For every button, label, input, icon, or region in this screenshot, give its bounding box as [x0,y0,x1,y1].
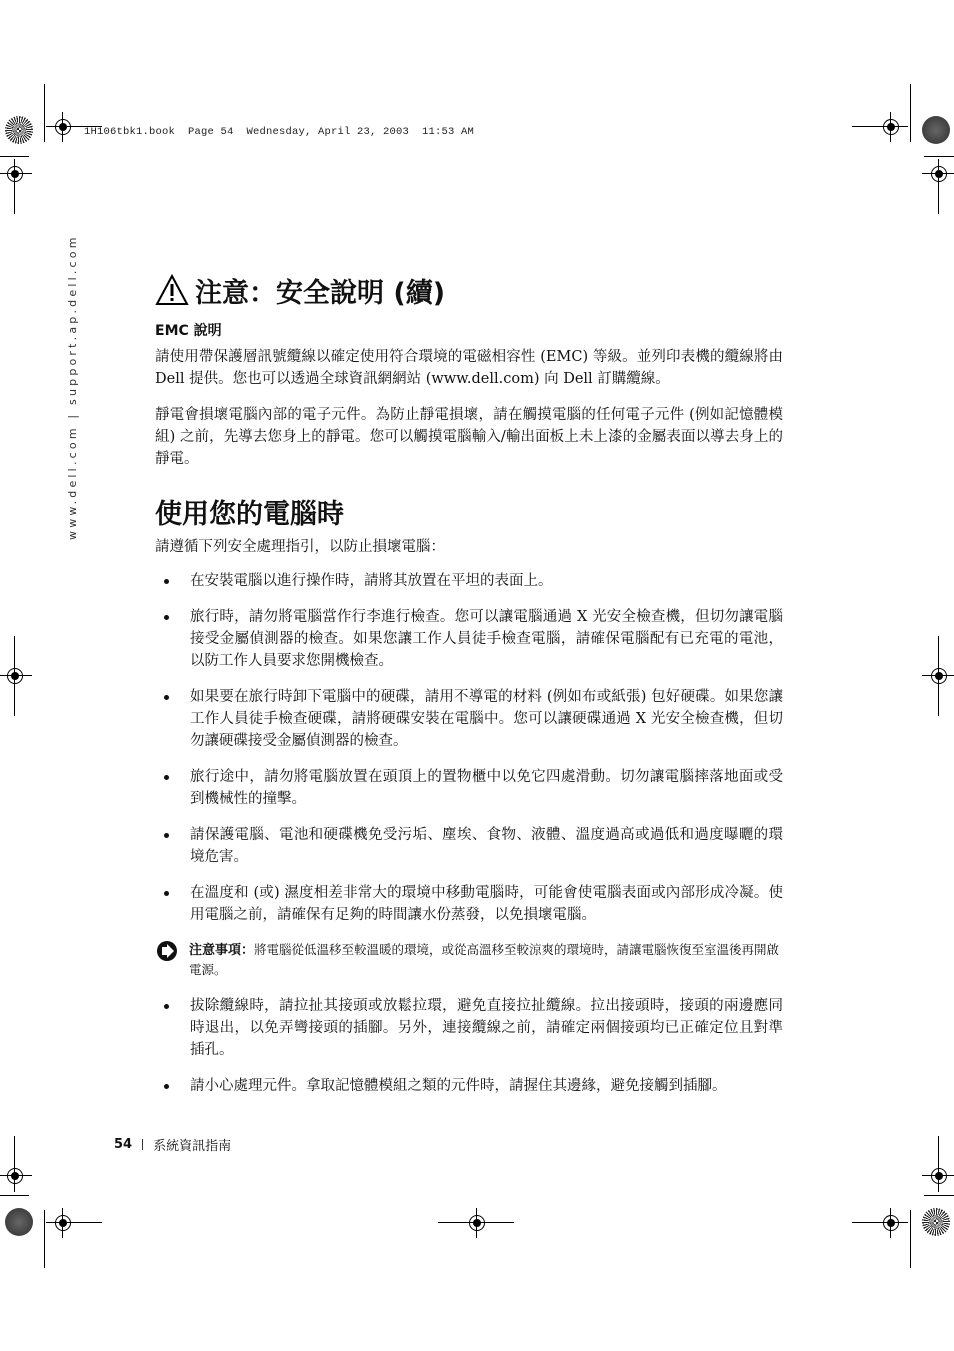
list-item: 在溫度和 (或) 濕度相差非常大的環境中移動電腦時，可能會使電腦表面或內部形成冷… [155,882,783,926]
esd-paragraph: 靜電會損壞電腦內部的電子元件。為防止靜電損壞，請在觸摸電腦的任何電子元件 (例如… [155,404,783,470]
crop-mark [60,1222,102,1223]
registration-mark-icon [55,119,71,135]
side-url: www.dell.com | support.ap.dell.com [66,234,79,540]
emc-paragraph: 請使用帶保護層訊號纜線以確定使用符合環境的電磁相容性 (EMC) 等級。並列印表… [155,346,783,390]
footer-separator [142,1139,143,1150]
list-item: 拔除纜線時，請拉扯其接頭或放鬆拉環，避免直接拉扯纜線。拉出接頭時，接頭的兩邊應同… [155,995,783,1061]
page-footer: 54 系統資訊指南 [114,1135,231,1154]
page-number: 54 [114,1137,132,1152]
registration-mark-icon [7,1168,23,1184]
guide-title: 系統資訊指南 [153,1135,231,1154]
page-content: 注意：安全說明 (續) EMC 說明 請使用帶保護層訊號纜線以確定使用符合環境的… [155,268,783,1111]
section-intro: 請遵循下列安全處理指引，以防止損壞電腦： [155,536,783,558]
list-item: 旅行時，請勿將電腦當作行李進行檢查。您可以讓電腦通過 X 光安全檢查機，但切勿讓… [155,606,783,672]
registration-mark-icon [7,668,23,684]
list-item: 請保護電腦、電池和硬碟機免受污垢、塵埃、食物、液體、溫度過高或過低和過度曝曬的環… [155,824,783,868]
notice-label: 注意事項： [189,943,254,958]
crop-mark [852,126,894,127]
registration-mark-icon [469,1215,485,1231]
bullet-icon [164,579,169,584]
crop-mark [14,160,15,214]
crop-mark [14,636,15,716]
crop-mark [852,1222,894,1223]
crop-mark [924,156,954,157]
crop-mark [938,160,939,214]
registration-mark-icon [7,166,23,182]
registration-dial-top-right [922,116,950,144]
list-item: 在安裝電腦以進行操作時，請將其放置在平坦的表面上。 [155,570,783,592]
guideline-list: 在安裝電腦以進行操作時，請將其放置在平坦的表面上。 旅行時，請勿將電腦當作行李進… [155,570,783,926]
registration-mark-icon [883,1215,899,1231]
bullet-icon [164,695,169,700]
bullet-icon [164,775,169,780]
registration-mark-icon [883,119,899,135]
warning-triangle-icon [155,274,189,306]
bullet-icon [164,1084,169,1089]
crop-mark [0,156,29,157]
bullet-icon [164,891,169,896]
notice-box: 注意事項：將電腦從低溫移至較溫暖的環境，或從高溫移至較涼爽的環境時，請讓電腦恢復… [155,940,783,979]
crop-mark [438,1222,514,1223]
crop-mark [0,1195,29,1196]
page-title: 注意：安全說明 (續) [155,268,783,312]
list-item: 請小心處理元件。拿取記憶體模組之類的元件時，請握住其邊緣，避免接觸到插腳。 [155,1075,783,1097]
emc-heading: EMC 說明 [155,320,783,340]
list-item: 如果要在旅行時卸下電腦中的硬碟，請用不導電的材料 (例如布或紙張) 包好硬碟。如… [155,686,783,752]
registration-mark-icon [931,1168,947,1184]
bullet-icon [164,833,169,838]
registration-mark-icon [55,1215,71,1231]
list-item: 旅行途中，請勿將電腦放置在頭頂上的置物櫃中以免它四處滑動。切勿讓電腦摔落地面或受… [155,766,783,810]
registration-dial-bottom-left [5,1208,33,1236]
registration-mark-icon [931,668,947,684]
crop-mark [938,636,939,716]
bullet-icon [164,1004,169,1009]
crop-mark [910,84,911,142]
registration-mark-icon [931,166,947,182]
registration-dial-top-left [5,116,33,144]
guideline-list-continued: 拔除纜線時，請拉扯其接頭或放鬆拉環，避免直接拉扯纜線。拉出接頭時，接頭的兩邊應同… [155,995,783,1097]
notice-arrow-icon [157,941,177,961]
bullet-icon [164,615,169,620]
print-slug: 1H106tbk1.book Page 54 Wednesday, April … [84,126,474,138]
registration-dial-bottom-right [922,1208,950,1236]
crop-mark [924,1195,954,1196]
crop-mark [44,84,45,142]
crop-mark [44,1210,45,1268]
crop-mark [910,1210,911,1268]
notice-text: 將電腦從低溫移至較溫暖的環境，或從高溫移至較涼爽的環境時，請讓電腦恢復至室溫後再… [189,942,779,977]
page-title-text: 注意：安全說明 (續) [195,271,445,310]
section-heading: 使用您的電腦時 [155,492,783,532]
